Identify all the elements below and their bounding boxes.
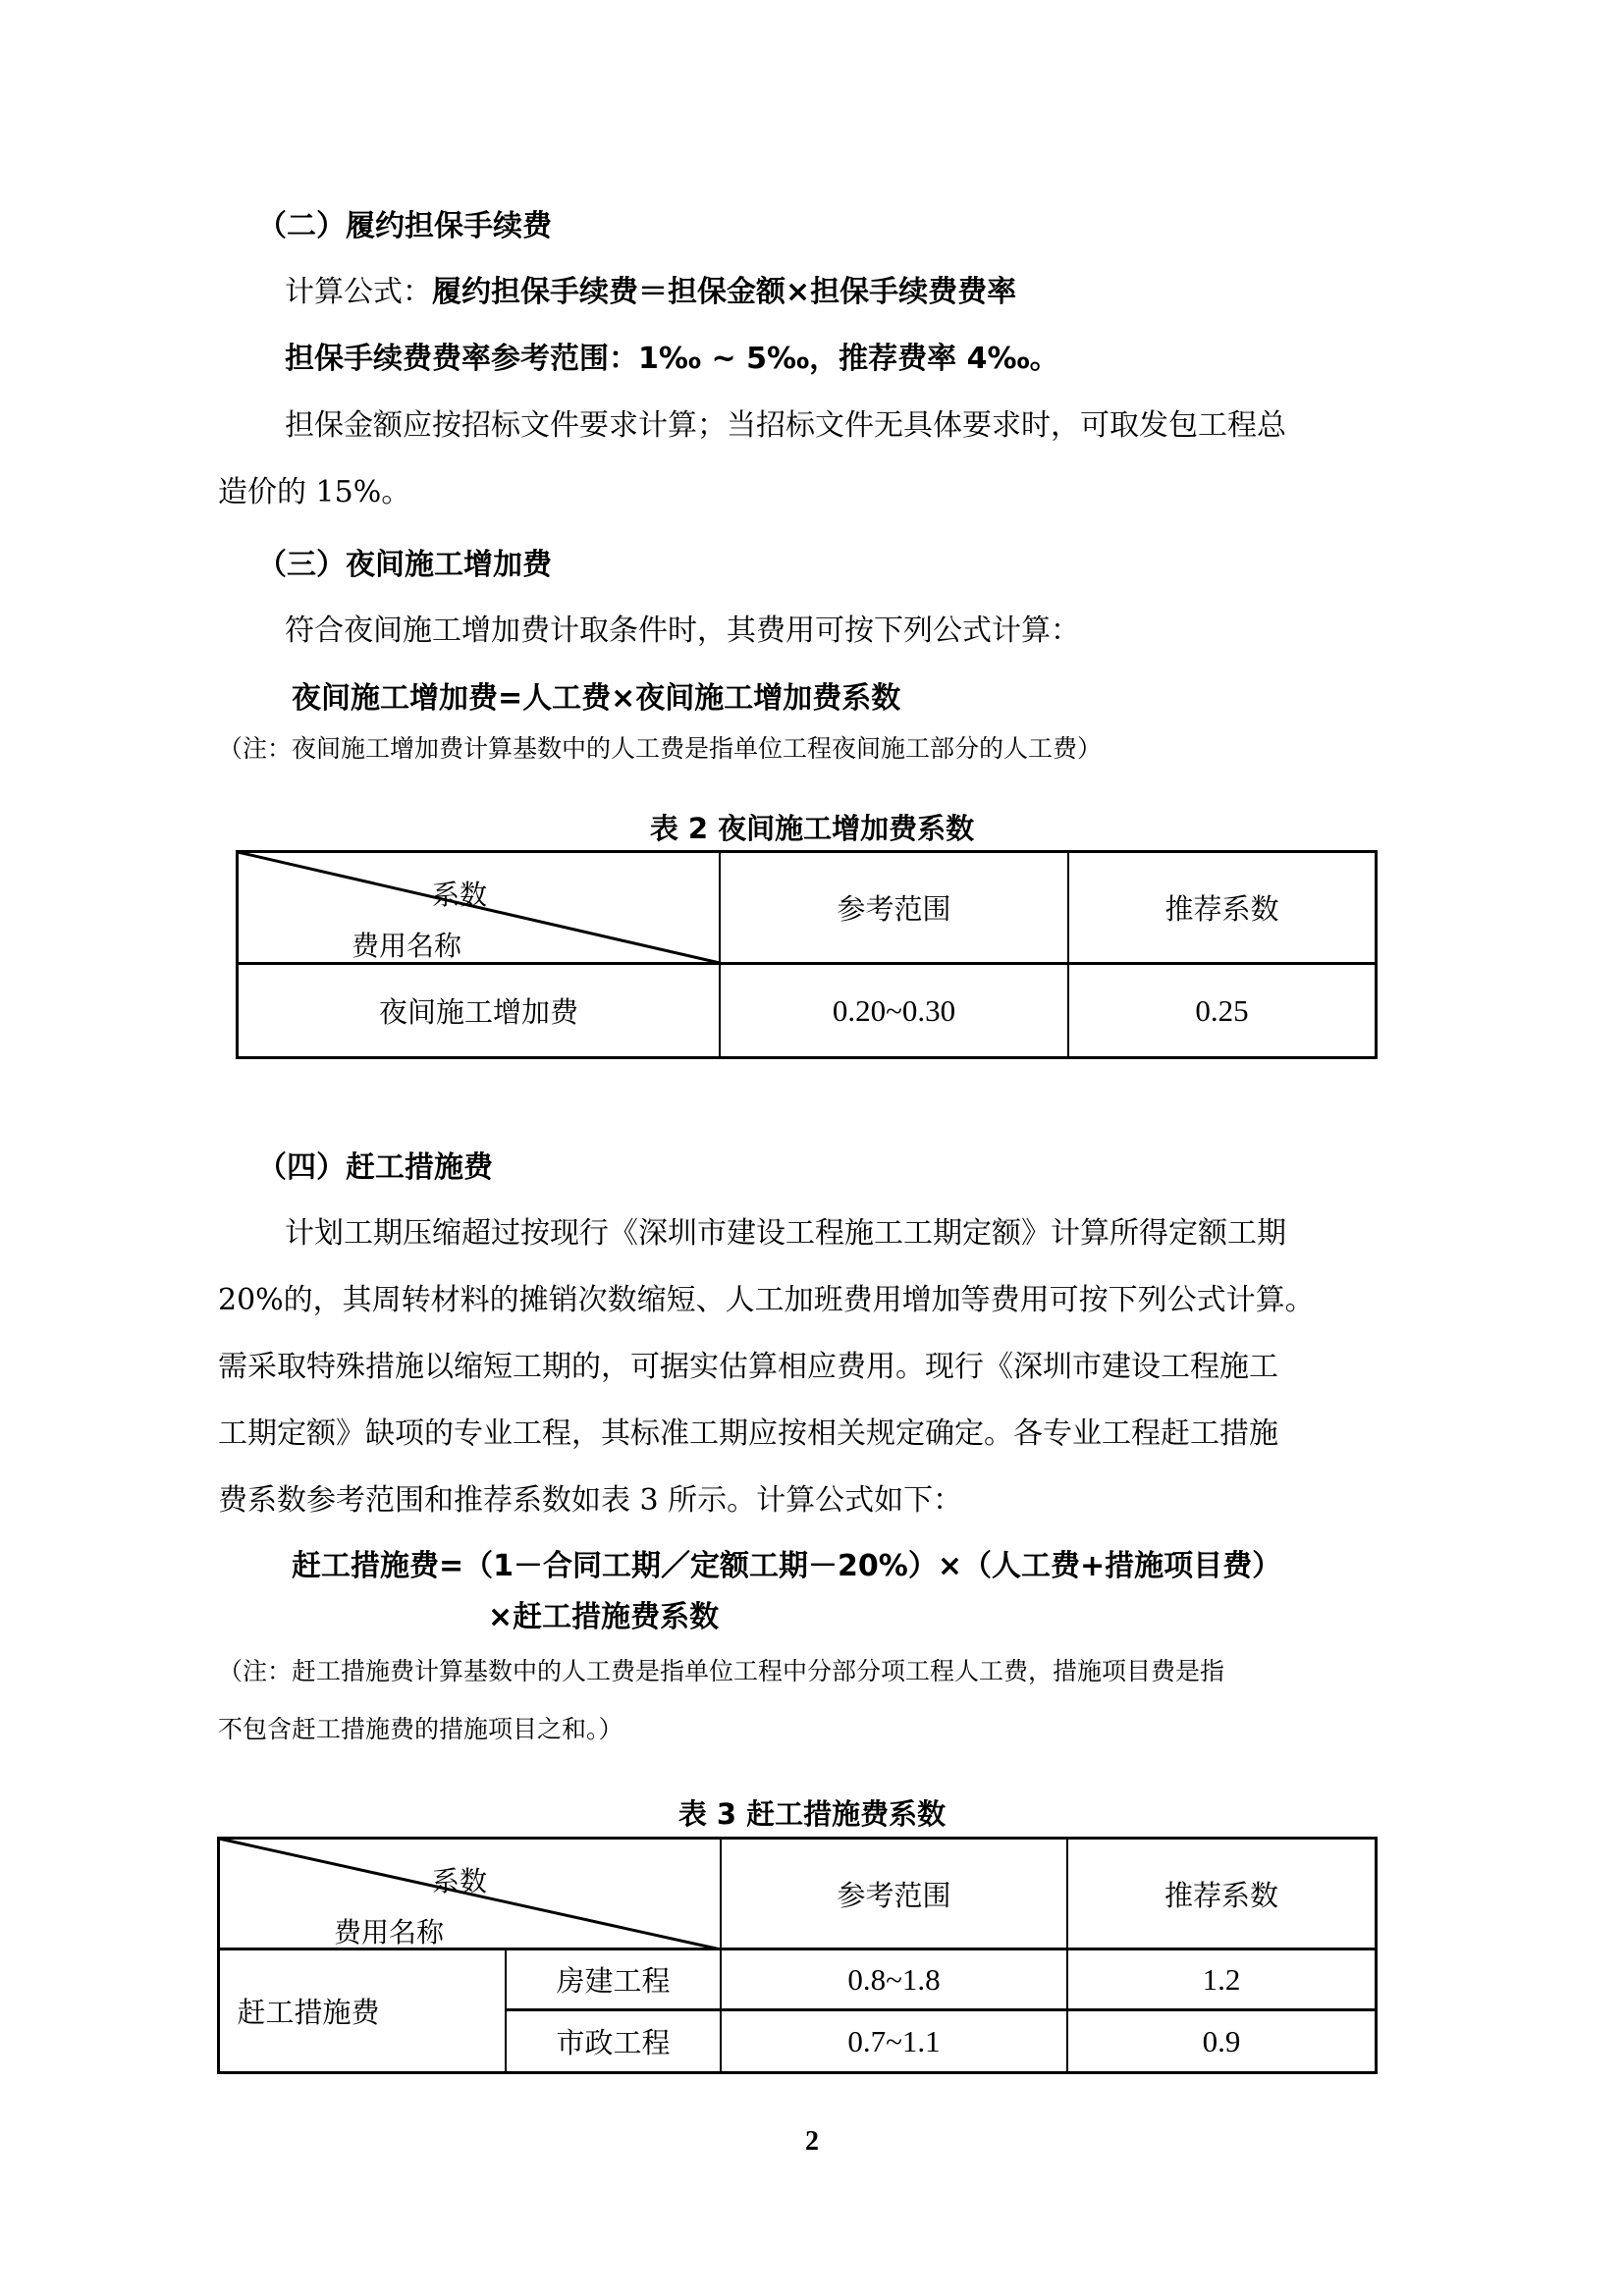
table2-header-coefficient: 系数 xyxy=(432,874,487,913)
table2-row-range: 0.20~0.30 xyxy=(721,965,1067,1056)
table3-header-range: 参考范围 xyxy=(722,1840,1066,1948)
table3-row-sub: 市政工程 xyxy=(507,2011,720,2071)
table2-header-range: 参考范围 xyxy=(721,853,1067,962)
table2-header-fee-name: 费用名称 xyxy=(352,925,461,964)
guarantee-para-line2: 造价的 15%。 xyxy=(218,478,410,507)
section-heading-rush-measures: （四）赶工措施费 xyxy=(257,1153,493,1183)
table2-row-recommend: 0.25 xyxy=(1069,965,1375,1056)
table3-row-range: 0.8~1.8 xyxy=(722,1950,1066,2008)
table3-row-sub: 房建工程 xyxy=(507,1950,720,2008)
guarantee-rate-line: 担保手续费费率参考范围：1‰ ~ 5‰，推荐费率 4‰。 xyxy=(285,345,1059,374)
table2-header-recommend: 推荐系数 xyxy=(1069,853,1375,962)
guarantee-formula: 履约担保手续费＝担保金额×担保手续费费率 xyxy=(432,275,1016,309)
table3-row-recommend: 1.2 xyxy=(1068,1950,1375,2008)
table3-header-fee-name: 费用名称 xyxy=(334,1911,444,1950)
table3-group-name: 赶工措施费 xyxy=(220,1950,397,2071)
section-heading-night-work: （三）夜间施工增加费 xyxy=(257,551,552,580)
rush-para-line: 需采取特殊措施以缩短工期的，可据实估算相应费用。现行《深圳市建设工程施工 xyxy=(218,1353,1278,1382)
rush-note-line1: （注：赶工措施费计算基数中的人工费是指单位工程中分部分项工程人工费，措施项目费是… xyxy=(218,1659,1224,1683)
table2-row-name: 夜间施工增加费 xyxy=(239,965,719,1056)
rush-note-line2: 不包含赶工措施费的措施项目之和。） xyxy=(218,1717,623,1741)
rush-para-line: 工期定额》缺项的专业工程，其标准工期应按相关规定确定。各专业工程赶工措施 xyxy=(218,1419,1278,1449)
section-heading-performance-guarantee: （二）履约担保手续费 xyxy=(257,212,552,241)
formula-label-text: 计算公式： xyxy=(285,275,432,309)
night-work-para: 符合夜间施工增加费计取条件时，其费用可按下列公式计算： xyxy=(285,616,1080,646)
formula-label: 计算公式：履约担保手续费＝担保金额×担保手续费费率 xyxy=(285,278,1016,307)
rush-formula-line1: 赶工措施费=（1－合同工期／定额工期－20%）×（人工费+措施项目费） xyxy=(292,1552,1281,1581)
table3-caption: 表 3 赶工措施费系数 xyxy=(0,1792,1624,1833)
night-work-note: （注：夜间施工增加费计算基数中的人工费是指单位工程夜间施工部分的人工费） xyxy=(218,736,1102,761)
rush-para-line: 20%的，其周转材料的摊销次数缩短、人工加班费用增加等费用可按下列公式计算。 xyxy=(218,1286,1315,1315)
table3-header-recommend: 推荐系数 xyxy=(1068,1840,1375,1948)
night-work-formula: 夜间施工增加费=人工费×夜间施工增加费系数 xyxy=(292,684,900,714)
table2-caption: 表 2 夜间施工增加费系数 xyxy=(0,807,1624,847)
rush-para-line: 费系数参考范围和推荐系数如表 3 所示。计算公式如下： xyxy=(218,1486,962,1516)
table3-row-recommend: 0.9 xyxy=(1068,2011,1375,2071)
table3-row-range: 0.7~1.1 xyxy=(722,2011,1066,2071)
page-number: 2 xyxy=(0,2126,1624,2158)
table3-header-coefficient: 系数 xyxy=(432,1860,487,1899)
guarantee-para-line1: 担保金额应按招标文件要求计算；当招标文件无具体要求时，可取发包工程总 xyxy=(285,411,1286,441)
rush-formula-line2: ×赶工措施费系数 xyxy=(488,1603,719,1632)
rush-para-line: 计划工期压缩超过按现行《深圳市建设工程施工工期定额》计算所得定额工期 xyxy=(285,1219,1286,1249)
